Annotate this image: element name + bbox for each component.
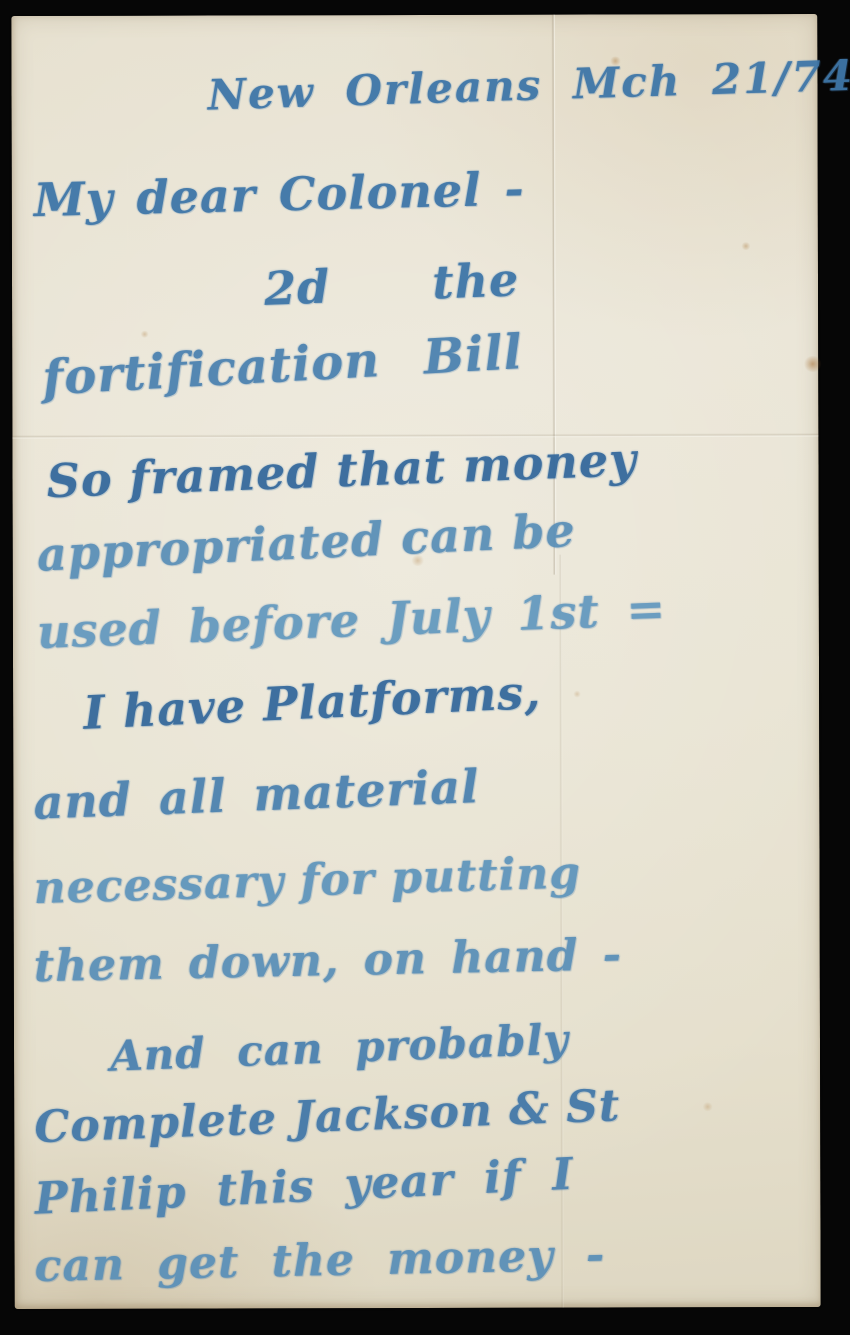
- letter-date-line: New Orleans Mch 21/74: [207, 51, 850, 120]
- letter-body-line: I have Platforms,: [82, 665, 542, 740]
- letter-body-line: And can probably: [109, 1015, 569, 1081]
- letter-body-line: them down, on hand -: [33, 929, 622, 992]
- stain-spot: [702, 1102, 713, 1111]
- letter-body-line: So framed that money: [46, 432, 638, 508]
- horizontal-fold-crease: [12, 433, 818, 439]
- stain-spot: [741, 242, 751, 250]
- letter-body-line: appropriated can be: [36, 503, 577, 582]
- letter-body-line: fortification Bill: [41, 324, 524, 406]
- letter-body-line: and all material: [32, 759, 480, 830]
- stain-spot: [803, 356, 822, 372]
- stain-spot: [573, 691, 581, 698]
- letter-salutation: My dear Colonel -: [33, 162, 525, 228]
- stain-spot: [140, 331, 149, 338]
- letter-body-line: 2d the: [263, 252, 520, 316]
- letter-page: New Orleans Mch 21/74 My dear Colonel - …: [11, 14, 820, 1309]
- letter-body-line: used before July 1st =: [36, 581, 667, 659]
- scanned-letter: New Orleans Mch 21/74 My dear Colonel - …: [0, 0, 850, 1335]
- letter-body-line: Philip this year if I: [33, 1149, 574, 1225]
- letter-body-line: can get the money -: [34, 1230, 606, 1292]
- letter-body-line: Complete Jackson & St: [33, 1080, 621, 1153]
- letter-body-line: necessary for putting: [33, 847, 582, 914]
